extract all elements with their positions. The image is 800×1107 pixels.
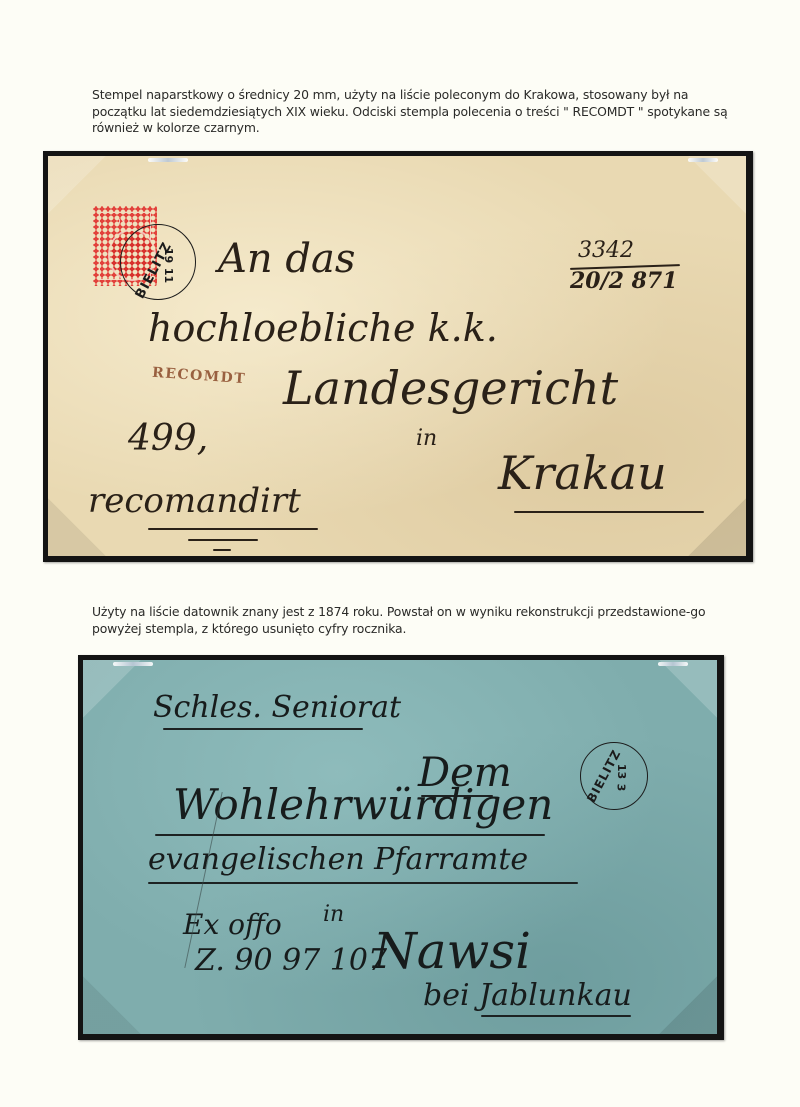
stamp-value: 5 kr	[100, 217, 150, 226]
krakau-underline	[514, 511, 704, 513]
address-line-in: in	[416, 426, 437, 451]
mount-corner	[688, 498, 746, 556]
recomandirt-note: recomandirt	[88, 481, 301, 521]
jablunkau-underline	[481, 1015, 631, 1017]
docket-number: 3342	[578, 238, 634, 263]
address-line-an-das: An das	[218, 236, 355, 282]
mount-corner	[688, 156, 746, 214]
postmark-month: 11	[162, 268, 175, 283]
caption-top: Stempel naparstkowy o średnicy 20 mm, uż…	[92, 87, 732, 137]
envelope-nawsi: Schles. Seniorat Dem BIELITZ 13 3 Wohleh…	[83, 660, 717, 1034]
postmark-day: 13	[615, 764, 628, 779]
address-line-hochloebliche: hochloebliche k.k.	[148, 306, 498, 350]
note-ex-offo: Ex offo	[183, 908, 282, 941]
glare	[688, 158, 718, 162]
pfarramte-underline	[148, 882, 578, 884]
reference-number: 499,	[128, 418, 208, 459]
address-line-krakau: Krakau	[498, 446, 667, 500]
address-line-nawsi: Nawsi	[373, 922, 531, 980]
address-line-landesgericht: Landesgericht	[283, 361, 618, 415]
glare	[658, 662, 688, 666]
mount-corner	[659, 660, 717, 718]
glare	[113, 662, 153, 666]
recomandirt-underline	[148, 528, 318, 530]
postmark-bielitz: BIELITZ 13 3	[580, 742, 648, 810]
address-line-wohlehrwuerdigen: Wohlehrwürdigen	[173, 780, 553, 829]
note-reference-numbers: Z. 90 97 107	[195, 943, 387, 978]
seniorat-underline	[163, 728, 363, 730]
address-line-in: in	[323, 902, 344, 927]
mount-corner	[659, 976, 717, 1034]
postmark-bielitz: BIELITZ 19 11	[120, 224, 196, 300]
docket-date: 20/2 871	[570, 268, 678, 294]
envelope-krakau: 5 kr BIELITZ 19 11 RECOMDT An das 3342 2…	[48, 156, 746, 556]
sender-line-seniorat: Schles. Seniorat	[153, 690, 401, 725]
cover-mount-blue-letter: Schles. Seniorat Dem BIELITZ 13 3 Wohleh…	[78, 655, 724, 1040]
caption-bottom: Użyty na liście datownik znany jest z 18…	[92, 604, 732, 637]
recomdt-registration-handstamp: RECOMDT	[152, 365, 247, 388]
postmark-day: 19	[162, 248, 175, 263]
cover-mount-registered-letter: 5 kr BIELITZ 19 11 RECOMDT An das 3342 2…	[43, 151, 753, 562]
postmark-month: 3	[614, 784, 627, 792]
glare	[148, 158, 188, 162]
mount-corner	[83, 660, 141, 718]
recomandirt-underline-3	[213, 549, 231, 551]
recomandirt-underline-2	[188, 539, 258, 541]
mount-corner	[83, 976, 141, 1034]
address-line-jablunkau: bei Jablunkau	[423, 978, 632, 1013]
